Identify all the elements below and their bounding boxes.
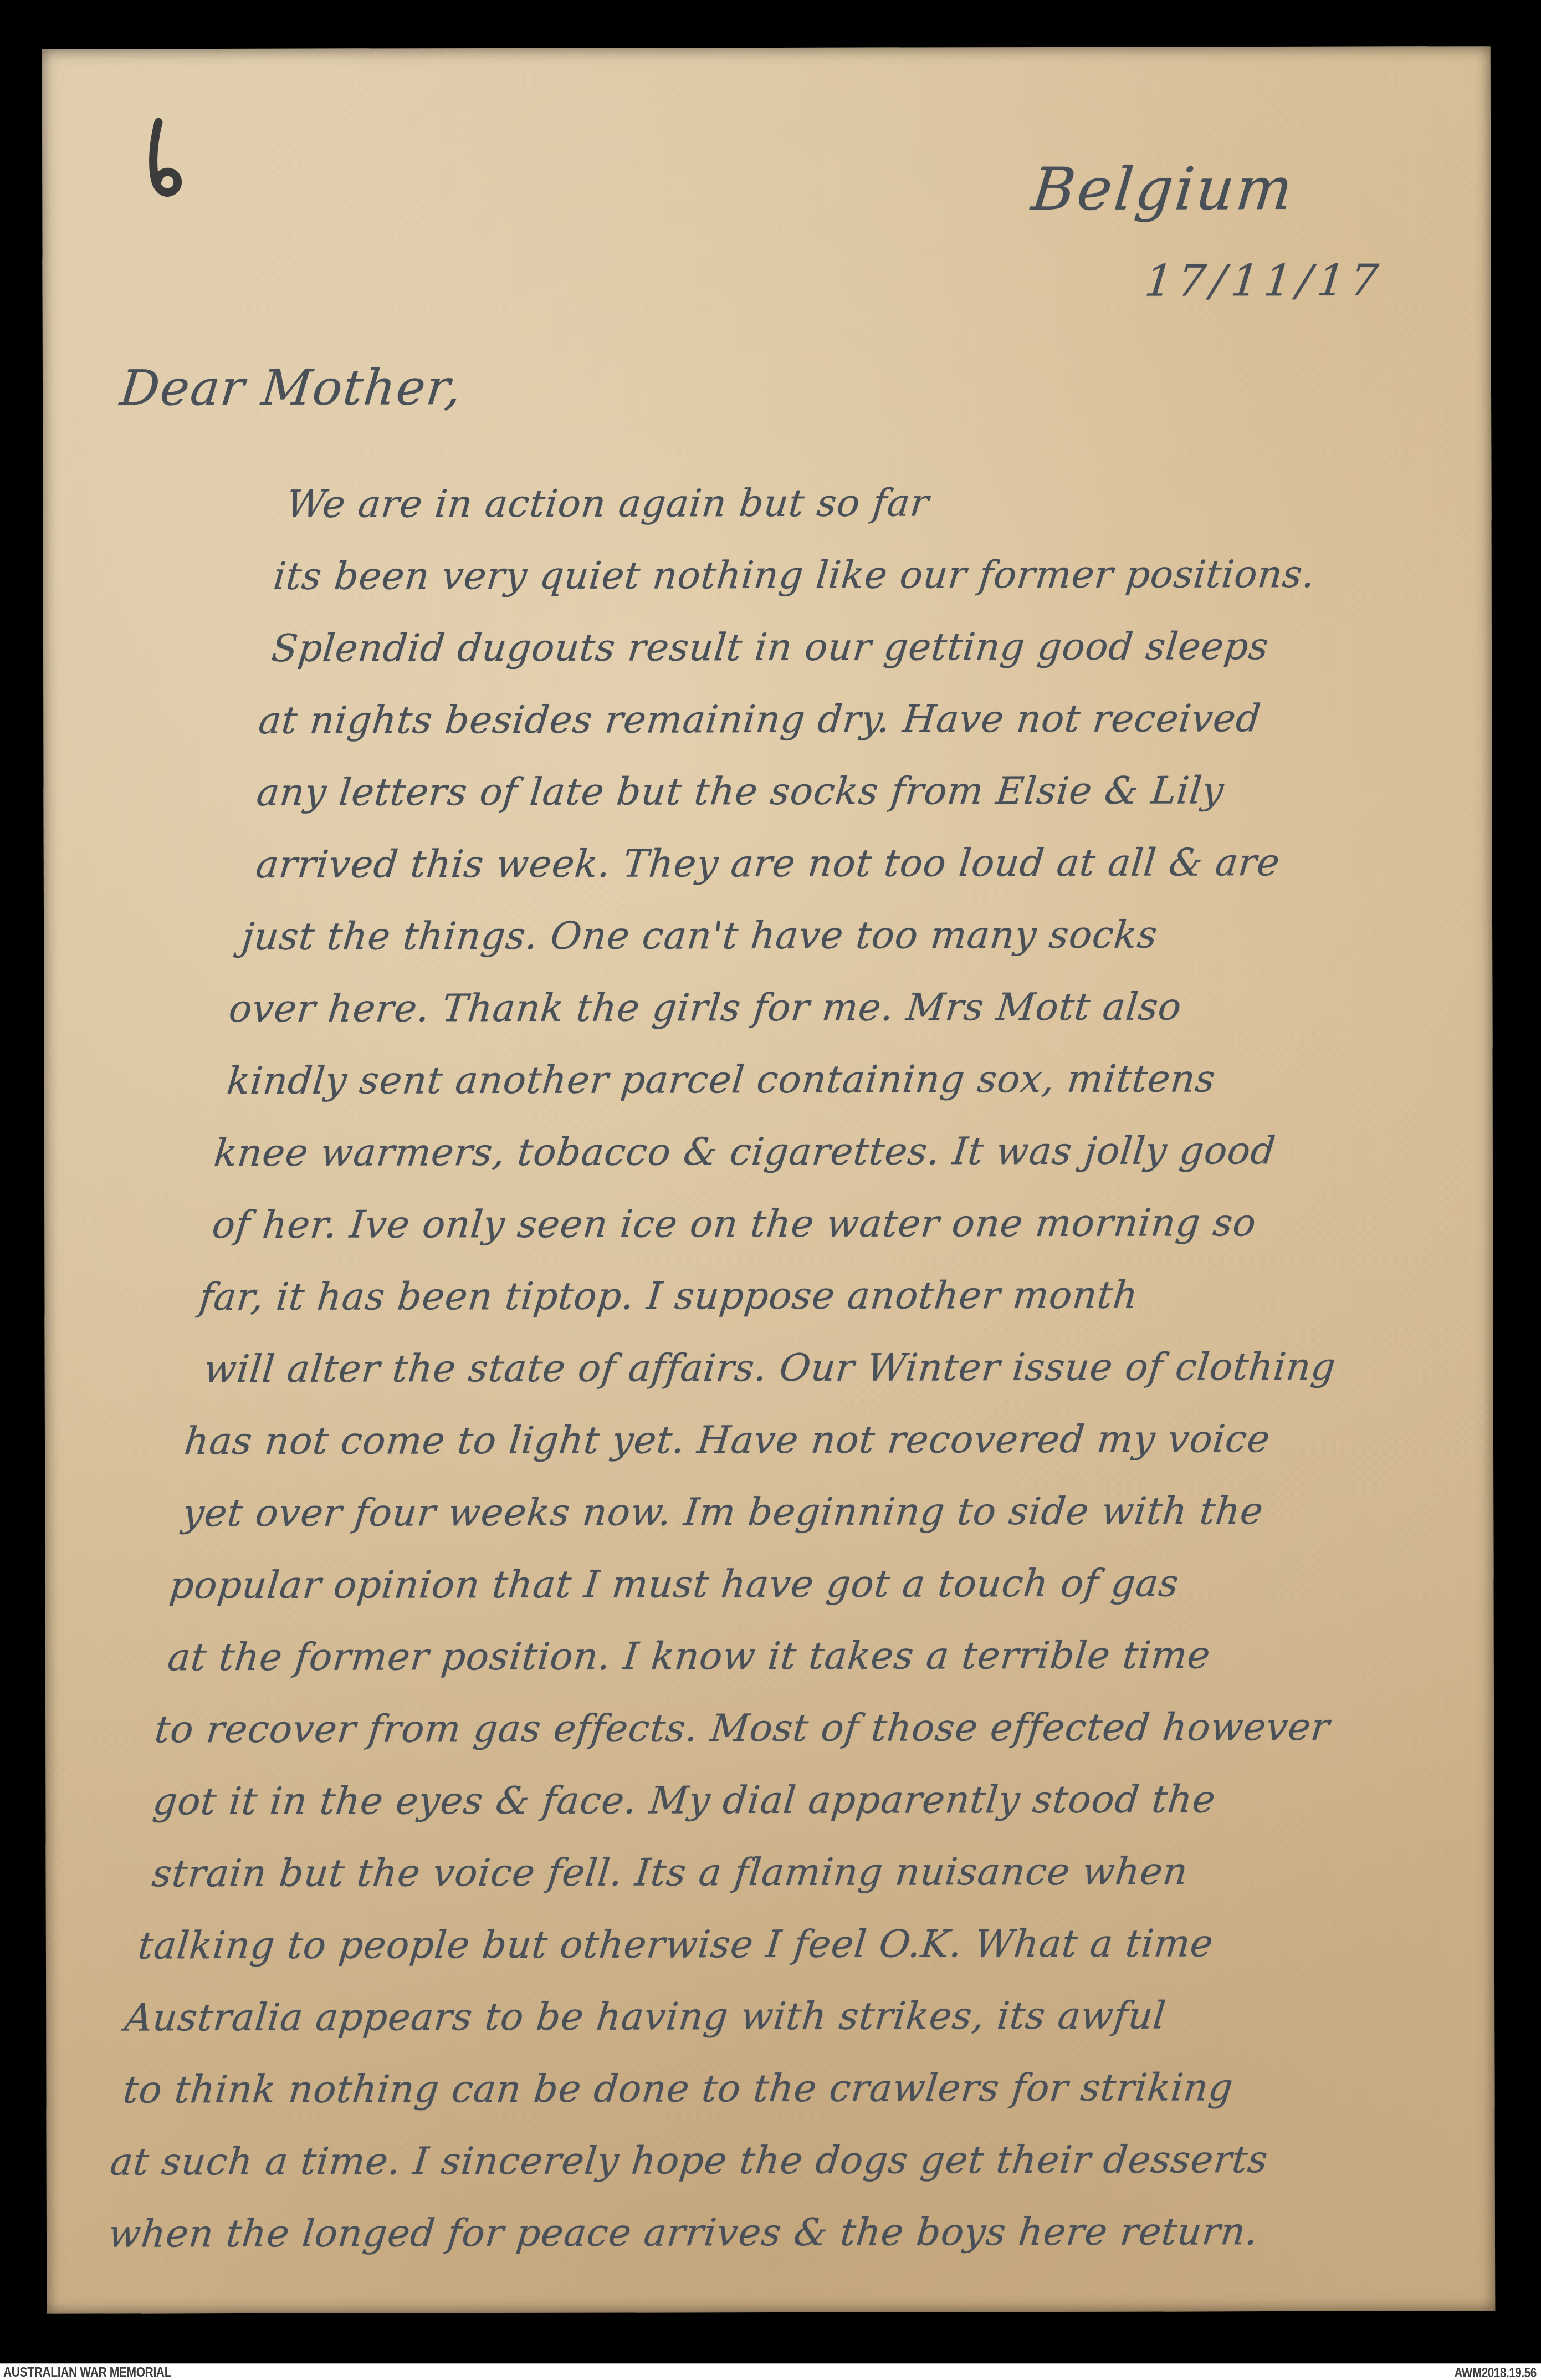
letter-line: We are in action again but so far bbox=[283, 466, 1541, 541]
letter-line: to recover from gas effects. Most of tho… bbox=[151, 1691, 1527, 1766]
letter-line: will alter the state of affairs. Our Win… bbox=[201, 1331, 1541, 1406]
letter-line: its been very quiet nothing like our for… bbox=[270, 538, 1541, 613]
letter-line: just the things. One can't have too many… bbox=[238, 898, 1541, 973]
letter-line: at nights besides remaining dry. Have no… bbox=[255, 682, 1541, 757]
footer-bar: AUSTRALIAN WAR MEMORIAL AWM2018.19.56 bbox=[0, 2363, 1541, 2380]
letter-line: arrived this week. They are not too loud… bbox=[253, 826, 1541, 901]
letter-line: Splendid dugouts result in our getting g… bbox=[268, 610, 1541, 685]
letter-line: knee warmers, tobacco & cigarettes. It w… bbox=[211, 1115, 1541, 1189]
letter-line: over here. Thank the girls for me. Mrs M… bbox=[226, 971, 1541, 1045]
letter-line: yet over four weeks now. Im beginning to… bbox=[179, 1475, 1541, 1550]
letter-line: at such a time. I sincerely hope the dog… bbox=[107, 2123, 1483, 2198]
letter-line: any letters of late but the socks from E… bbox=[253, 754, 1541, 829]
letter-line: talking to people but otherwise I feel O… bbox=[135, 1907, 1505, 1982]
letter-line: popular opinion that I must have got a t… bbox=[166, 1547, 1541, 1622]
letter-line: strain but the voice fell. Its a flaming… bbox=[149, 1835, 1512, 1910]
archive-name: AUSTRALIAN WAR MEMORIAL bbox=[3, 2365, 171, 2380]
letter-salutation: Dear Mother, bbox=[117, 359, 465, 416]
archive-reference: AWM2018.19.56 bbox=[1455, 2366, 1537, 2380]
letter-line: Australia appears to be having with stri… bbox=[121, 1979, 1497, 2054]
ink-blot-icon bbox=[130, 115, 191, 210]
letter-line: got it in the eyes & face. My dial appar… bbox=[149, 1763, 1519, 1838]
letter-page: Belgium 17/11/17 Dear Mother, We are in … bbox=[42, 46, 1496, 2313]
letter-line: far, it has been tiptop. I suppose anoth… bbox=[196, 1259, 1541, 1334]
letter-line: of her. Ive only seen ice on the water o… bbox=[209, 1187, 1541, 1261]
letter-line: kindly sent another parcel containing so… bbox=[223, 1043, 1541, 1117]
letter-line: when the longed for peace arrives & the … bbox=[105, 2195, 1475, 2270]
letter-line: has not come to light yet. Have not reco… bbox=[181, 1403, 1541, 1478]
letter-place: Belgium bbox=[1028, 155, 1298, 223]
letter-body: We are in action again but so farits bee… bbox=[99, 466, 1541, 2271]
scan-background: Belgium 17/11/17 Dear Mother, We are in … bbox=[0, 0, 1541, 2380]
letter-line: to think nothing can be done to the craw… bbox=[120, 2051, 1490, 2126]
letter-line: at the former position. I know it takes … bbox=[164, 1619, 1534, 1694]
letter-date: 17/11/17 bbox=[1143, 256, 1386, 307]
